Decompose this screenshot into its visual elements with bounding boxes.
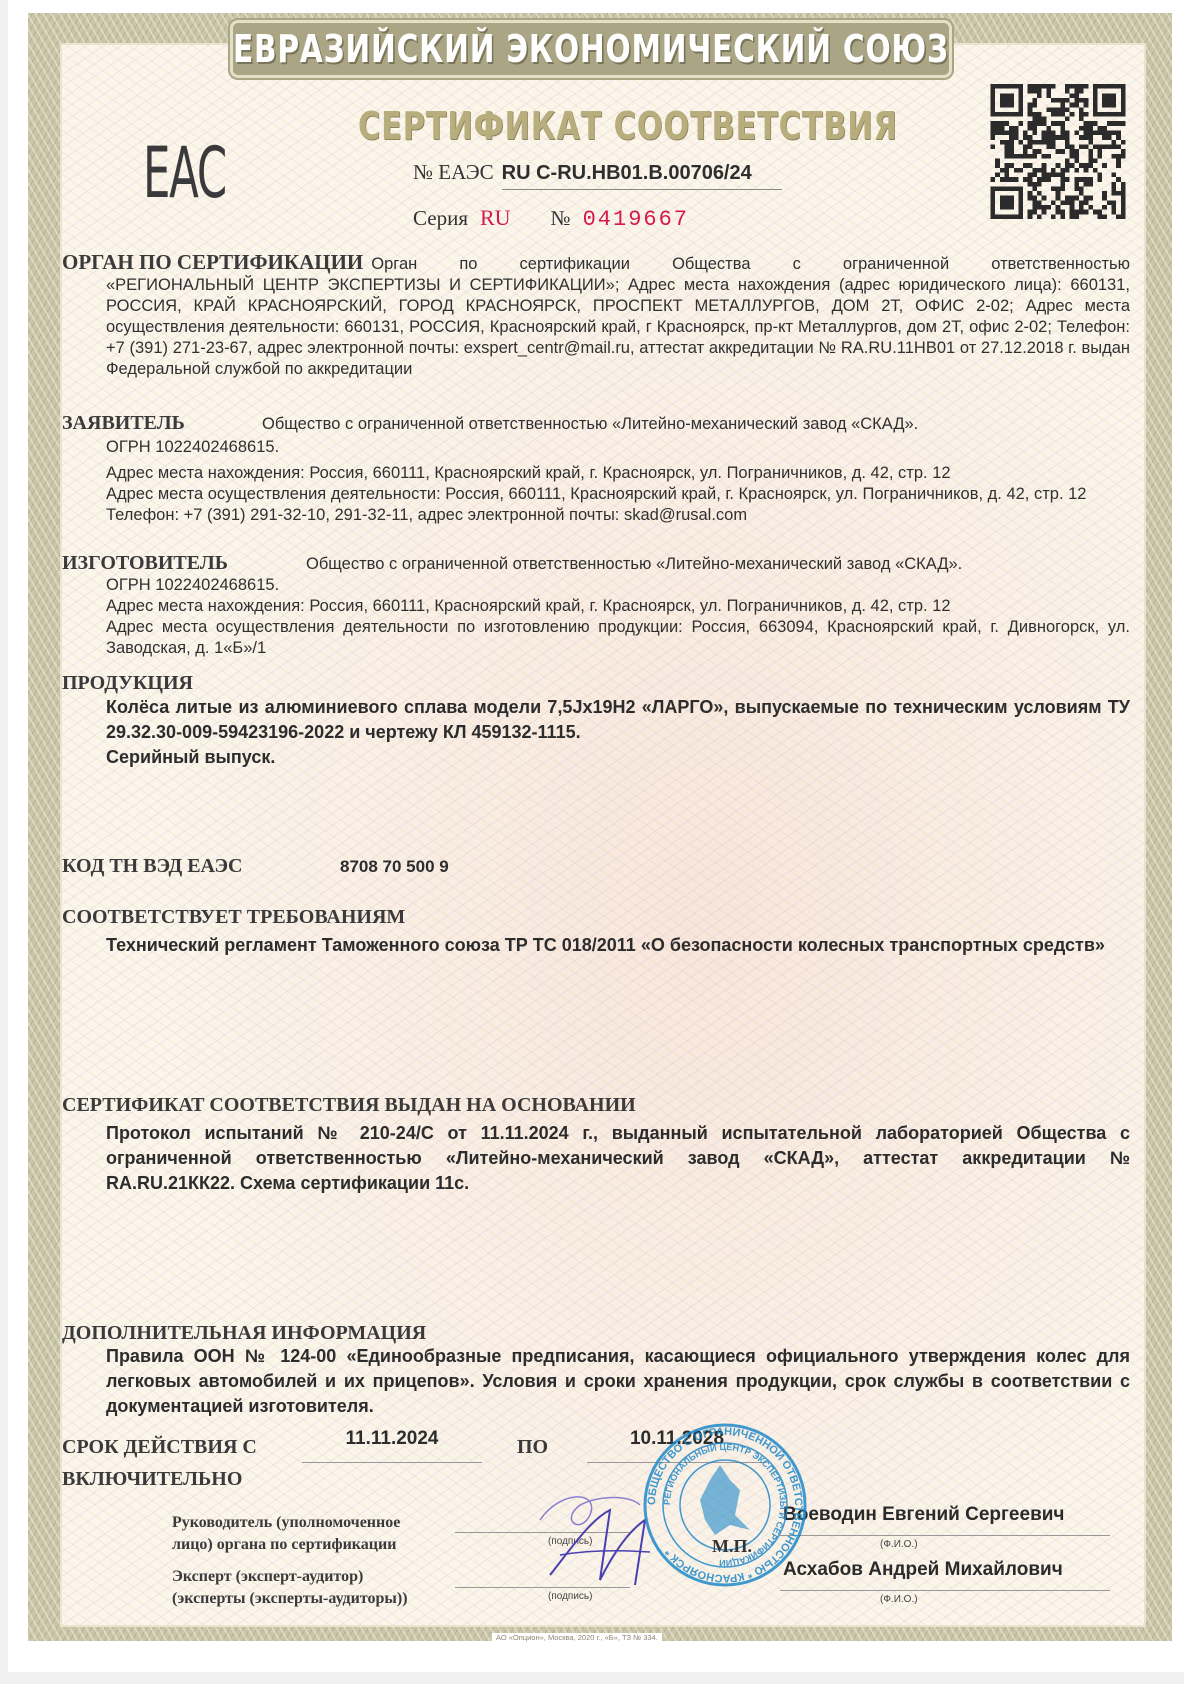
union-banner: ЕВРАЗИЙСКИЙ ЭКОНОМИЧЕСКИЙ СОЮЗ [230,20,952,78]
union-title: ЕВРАЗИЙСКИЙ ЭКОНОМИЧЕСКИЙ СОЮЗ [233,27,949,71]
head-name-line [780,1535,1110,1536]
certification-body-section: ОРГАН ПО СЕРТИФИКАЦИИ Орган по сертифика… [62,252,1130,380]
validity-to-label: ПО [517,1436,548,1459]
series-label: Серия [413,206,468,231]
product-section: ПРОДУКЦИЯ Колёса литые из алюминиевого с… [62,672,1130,770]
tnved-section: КОД ТН ВЭД ЕАЭС 8708 70 500 9 [62,855,1130,878]
product-description: Колёса литые из алюминиевого сплава моде… [106,695,1130,745]
requirements-label: СООТВЕТСТВУЕТ ТРЕБОВАНИЯМ [62,906,1130,929]
applicant-legal-address: Адрес места нахождения: Россия, 660111, … [106,463,1130,484]
requirements-text: Технический регламент Таможенного союза … [106,933,1130,958]
requirements-section: СООТВЕТСТВУЕТ ТРЕБОВАНИЯМ Технический ре… [62,906,1130,958]
product-production-type: Серийный выпуск. [106,745,1130,770]
manufacturer-name: Общество с ограниченной ответственностью… [306,554,962,575]
expert-role-label: Эксперт (эксперт-аудитор) (эксперты (экс… [172,1566,408,1610]
tnved-label: КОД ТН ВЭД ЕАЭС [62,855,340,878]
expert-name: Асхабов Андрей Михайлович [783,1559,1063,1581]
validity-section: СРОК ДЕЙСТВИЯ С 11.11.2024 ПО 10.11.2028… [62,1428,1130,1488]
series-value: RU [480,205,511,231]
eac-logo-icon: EAC [143,138,226,208]
certification-body-line1: Орган по сертификации Общества с огранич… [371,254,1130,275]
expert-name-caption: (Ф.И.О.) [880,1594,918,1605]
basis-text: Протокол испытаний № 210-24/С от 11.11.2… [106,1121,1130,1196]
product-label: ПРОДУКЦИЯ [62,672,1130,695]
applicant-name: Общество с ограниченной ответственностью… [262,414,918,435]
head-name-caption: (Ф.И.О.) [880,1539,918,1550]
basis-section: СЕРТИФИКАТ СООТВЕТСТВИЯ ВЫДАН НА ОСНОВАН… [62,1094,1130,1196]
applicant-label: ЗАЯВИТЕЛЬ [62,412,262,435]
additional-info-section: ДОПОЛНИТЕЛЬНАЯ ИНФОРМАЦИЯ Правила ООН № … [62,1322,1130,1419]
validity-from-date: 11.11.2024 [302,1428,482,1463]
printer-imprint: АО «Опцион», Москва, 2020 г., «Б», ТЗ № … [492,1633,662,1642]
additional-info-text: Правила ООН № 124-00 «Единообразные пред… [106,1344,1130,1419]
qr-code-icon [990,84,1126,219]
manufacturer-production-address: Адрес места осуществления деятельности п… [106,617,1130,659]
manufacturer-label: ИЗГОТОВИТЕЛЬ [62,552,306,575]
registration-number: RU C-RU.НВ01.В.00706/24 [502,162,782,190]
certification-body-label: ОРГАН ПО СЕРТИФИКАЦИИ [62,252,363,273]
applicant-section: ЗАЯВИТЕЛЬ Общество с ограниченной ответс… [62,412,1130,526]
head-name: Воеводин Евгений Сергеевич [783,1504,1064,1526]
blank-number-label: № [551,206,571,231]
head-role-label: Руководитель (уполномоченное лицо) орган… [172,1512,400,1556]
basis-label: СЕРТИФИКАТ СООТВЕТСТВИЯ ВЫДАН НА ОСНОВАН… [62,1094,1130,1117]
registration-number-row: № ЕАЭС RU C-RU.НВ01.В.00706/24 [413,160,782,190]
tnved-value: 8708 70 500 9 [340,857,449,877]
handwritten-signature-icon [520,1480,660,1590]
manufacturer-legal-address: Адрес места нахождения: Россия, 660111, … [106,596,1130,617]
applicant-contacts: Телефон: +7 (391) 291-32-10, 291-32-11, … [106,505,1130,526]
official-stamp-icon: ОБЩЕСТВО С ОГРАНИЧЕННОЙ ОТВЕТСТВЕННОСТЬЮ… [640,1420,810,1590]
expert-name-line [780,1590,1110,1591]
additional-info-label: ДОПОЛНИТЕЛЬНАЯ ИНФОРМАЦИЯ [62,1322,1130,1344]
manufacturer-ogrn: ОГРН 1022402468615. [106,575,1130,596]
certification-body-text: «РЕГИОНАЛЬНЫЙ ЦЕНТР ЭКСПЕРТИЗЫ И СЕРТИФИ… [106,275,1130,380]
series-row: Серия RU № 0419667 [413,205,689,232]
applicant-activity-address: Адрес места осуществления деятельности: … [106,484,1130,505]
applicant-ogrn: ОГРН 1022402468615. [106,437,1130,458]
registration-label: № ЕАЭС [413,160,494,185]
expert-signature-caption: (подпись) [548,1591,592,1602]
seal-placeholder-label: М.П. [712,1536,752,1557]
blank-number-value: 0419667 [583,207,689,232]
certificate-title: СЕРТИФИКАТ СООТВЕТСТВИЯ [358,104,822,148]
validity-from-label: СРОК ДЕЙСТВИЯ С [62,1436,257,1459]
validity-inclusive-label: ВКЛЮЧИТЕЛЬНО [62,1468,242,1491]
manufacturer-section: ИЗГОТОВИТЕЛЬ Общество с ограниченной отв… [62,552,1130,659]
